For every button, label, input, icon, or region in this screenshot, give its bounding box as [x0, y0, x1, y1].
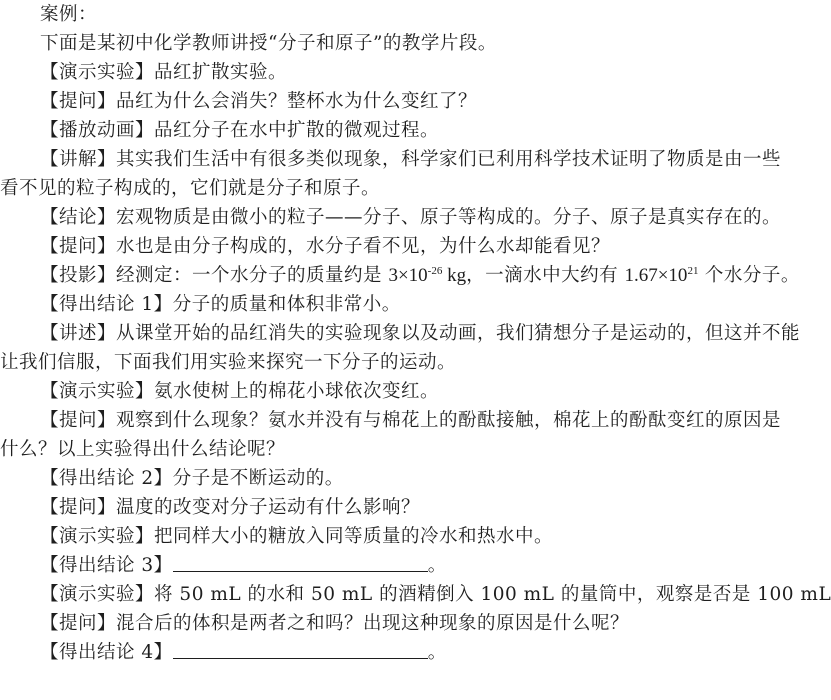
- paragraph-explanation: 【讲解】其实我们生活中有很多类似现象，科学家们已利用科学技术证明了物质是由一些: [0, 145, 831, 174]
- paragraph-text: 分子是不断运动的。: [173, 468, 344, 489]
- paragraph-explanation-continued: 看不见的粒子构成的，它们就是分子和原子。: [0, 174, 831, 203]
- paragraph-text: 分子的质量和体积非常小。: [173, 294, 401, 315]
- paragraph-text: 水也是由分子构成的，水分子看不见，为什么水却能看见？: [116, 236, 610, 257]
- paragraph-text: 经测定：一个水分子的质量约是: [116, 265, 388, 286]
- intro-paragraph: 下面是某初中化学教师讲授“分子和原子”的教学片段。: [0, 29, 831, 58]
- fill-in-blank-4[interactable]: [173, 640, 428, 659]
- paragraph-text: 品红扩散实验。: [154, 62, 287, 83]
- paragraph-text: 品红为什么会消失？整杯水为什么变红了？: [116, 91, 477, 112]
- paragraph-question-3-continued: 什么？以上实验得出什么结论呢？: [0, 435, 831, 464]
- paragraph-text: 品红分子在水中扩散的微观过程。: [154, 120, 439, 141]
- document-page: 案例： 下面是某初中化学教师讲授“分子和原子”的教学片段。 【演示实验】品红扩散…: [0, 0, 831, 700]
- paragraph-text: 氨水使树上的棉花小球依次变红。: [154, 381, 439, 402]
- section-tag: 【结论】: [40, 207, 116, 228]
- paragraph-demo-experiment-4: 【演示实验】将 50 mL 的水和 50 mL 的酒精倒入 100 mL 的量筒…: [0, 580, 831, 609]
- case-heading: 案例：: [0, 0, 831, 29]
- paragraph-conclusion-4: 【得出结论 4】。: [0, 638, 831, 667]
- paragraph-conclusion-3: 【得出结论 3】。: [0, 551, 831, 580]
- paragraph-question-3: 【提问】观察到什么现象？氨水并没有与棉花上的酚酞接触，棉花上的酚酞变红的原因是: [0, 406, 831, 435]
- water-molecule-mass: 3×10-26 kg: [388, 265, 466, 286]
- count-exponent: 21: [687, 265, 698, 277]
- fill-in-blank-3[interactable]: [173, 553, 428, 572]
- section-tag: 【得出结论 3】: [40, 555, 173, 576]
- paragraph-conclusion: 【结论】宏观物质是由微小的粒子——分子、原子等构成的。分子、原子是真实存在的。: [0, 203, 831, 232]
- paragraph-animation: 【播放动画】品红分子在水中扩散的微观过程。: [0, 116, 831, 145]
- section-tag: 【提问】: [40, 91, 116, 112]
- section-tag: 【演示实验】: [40, 62, 154, 83]
- paragraph-text: 把同样大小的糖放入同等质量的冷水和热水中。: [154, 526, 553, 547]
- section-tag: 【提问】: [40, 410, 116, 431]
- paragraph-demo-experiment-3: 【演示实验】把同样大小的糖放入同等质量的冷水和热水中。: [0, 522, 831, 551]
- paragraph-text: 其实我们生活中有很多类似现象，科学家们已利用科学技术证明了物质是由一些: [116, 149, 781, 170]
- paragraph-conclusion-1: 【得出结论 1】分子的质量和体积非常小。: [0, 290, 831, 319]
- section-tag: 【投影】: [40, 265, 116, 286]
- section-tag: 【讲解】: [40, 149, 116, 170]
- paragraph-conclusion-2: 【得出结论 2】分子是不断运动的。: [0, 464, 831, 493]
- paragraph-demo-experiment-1: 【演示实验】品红扩散实验。: [0, 58, 831, 87]
- section-tag: 【提问】: [40, 497, 116, 518]
- paragraph-demo-experiment-2: 【演示实验】氨水使树上的棉花小球依次变红。: [0, 377, 831, 406]
- paragraph-text: 从课堂开始的品红消失的实验现象以及动画，我们猜想分子是运动的，但这并不能: [116, 323, 800, 344]
- section-tag: 【提问】: [40, 613, 116, 634]
- section-tag: 【演示实验】: [40, 381, 154, 402]
- section-tag: 【得出结论 1】: [40, 294, 173, 315]
- paragraph-question-5: 【提问】混合后的体积是两者之和吗？出现这种现象的原因是什么呢？: [0, 609, 831, 638]
- paragraph-question-2: 【提问】水也是由分子构成的，水分子看不见，为什么水却能看见？: [0, 232, 831, 261]
- paragraph-question-4: 【提问】温度的改变对分子运动有什么影响？: [0, 493, 831, 522]
- section-tag: 【播放动画】: [40, 120, 154, 141]
- section-tag: 【演示实验】: [40, 584, 154, 605]
- section-tag: 【得出结论 4】: [40, 642, 173, 663]
- paragraph-narration: 【讲述】从课堂开始的品红消失的实验现象以及动画，我们猜想分子是运动的，但这并不能: [0, 319, 831, 348]
- paragraph-text: 温度的改变对分子运动有什么影响？: [116, 497, 420, 518]
- paragraph-projection: 【投影】经测定：一个水分子的质量约是 3×10-26 kg，一滴水中大约有 1.…: [0, 261, 831, 290]
- mass-exponent: -26: [428, 265, 443, 277]
- paragraph-narration-continued: 让我们信服，下面我们用实验来探究一下分子的运动。: [0, 348, 831, 377]
- paragraph-text: 宏观物质是由微小的粒子——分子、原子等构成的。分子、原子是真实存在的。: [116, 207, 781, 228]
- molecule-count: 1.67×1021: [624, 265, 698, 286]
- paragraph-text: 观察到什么现象？氨水并没有与棉花上的酚酞接触，棉花上的酚酞变红的原因是: [116, 410, 781, 431]
- paragraph-text: 将 50 mL 的水和 50 mL 的酒精倒入 100 mL 的量筒中，观察是否…: [154, 584, 831, 605]
- section-tag: 【演示实验】: [40, 526, 154, 547]
- paragraph-question-1: 【提问】品红为什么会消失？整杯水为什么变红了？: [0, 87, 831, 116]
- section-tag: 【得出结论 2】: [40, 468, 173, 489]
- section-tag: 【讲述】: [40, 323, 116, 344]
- section-tag: 【提问】: [40, 236, 116, 257]
- paragraph-text: 混合后的体积是两者之和吗？出现这种现象的原因是什么呢？: [116, 613, 629, 634]
